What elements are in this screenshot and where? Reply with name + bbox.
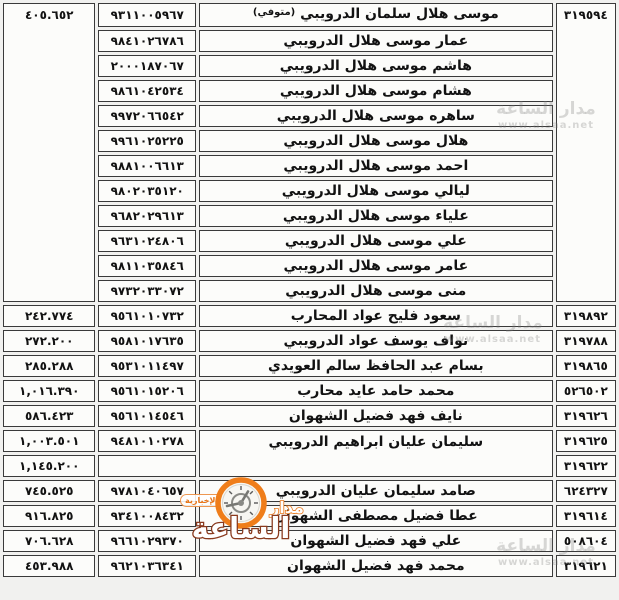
table-row: ٣١٩٨٦٥ بسام عبد الحافظ سالم العويدي ٩٥٣١…: [3, 355, 616, 377]
file-number-cell: ٣١٩٧٨٨: [556, 330, 616, 352]
national-id-cell: ٩٩٦١٠٢٥٢٢٥: [98, 130, 195, 152]
amount-cell: ١,٠١٦.٣٩٠: [3, 380, 95, 402]
national-id-cell: ٩٥٦١٠١٠٧٣٢: [98, 305, 195, 327]
file-number-cell: ٣١٩٥٩٤: [556, 3, 616, 302]
scanned-beneficiary-list: { "table": { "rows": [ { "serial": "٣١٩٥…: [0, 0, 619, 600]
amount-cell: ٥٨٦.٤٢٣: [3, 405, 95, 427]
name-cell: سعود فليح عواد المحارب: [199, 305, 553, 327]
name-cell: منى موسى هلال الدرويبي: [199, 280, 553, 302]
national-id-cell: ٩٦٦١٠٢٩٣٧٠: [98, 530, 195, 552]
table-row: ٣١٩٦٢١ محمد فهد فضيل الشهوان ٩٦٢١٠٣٦٣٤١ …: [3, 555, 616, 577]
national-id-cell: ٩٥٨١٠١٧٦٣٥: [98, 330, 195, 352]
name-cell: علي موسى هلال الدرويبي: [199, 230, 553, 252]
amount-cell: ٧٤٥.٥٢٥: [3, 480, 95, 502]
deceased-note: (متوفي): [253, 7, 295, 18]
name-cell: سليمان عليان ابراهيم الدرويبي: [199, 430, 553, 477]
name-cell: بسام عبد الحافظ سالم العويدي: [199, 355, 553, 377]
national-id-cell: ٩٨١١٠٣٥٨٤٦: [98, 255, 195, 277]
name-cell: هلال موسى هلال الدرويبي: [199, 130, 553, 152]
table-row: ٣١٩٦٢٥ سليمان عليان ابراهيم الدرويبي ٩٤٨…: [3, 430, 616, 452]
file-number-cell: ٣١٩٦٢١: [556, 555, 616, 577]
national-id-cell: [98, 455, 195, 477]
national-id-cell: ٩٣٤١٠٠٨٤٣٢: [98, 505, 195, 527]
name-cell: موسى هلال سلمان الدرويبي (متوفي): [199, 3, 553, 27]
national-id-cell: ٩٥٣١٠١١٤٩٧: [98, 355, 195, 377]
national-id-cell: ٢٠٠٠١٨٧٠٦٧: [98, 55, 195, 77]
amount-cell: ٩١٦.٨٢٥: [3, 505, 95, 527]
file-number-cell: ٣١٩٦٢٥: [556, 430, 616, 452]
national-id-cell: ٩٥٦١٠١٥٢٠٦: [98, 380, 195, 402]
file-number-cell: ٣١٩٦٢٦: [556, 405, 616, 427]
national-id-cell: ٩٨٠٢٠٣٥١٢٠: [98, 180, 195, 202]
amount-cell: ١,٠٠٣.٥٠١: [3, 430, 95, 452]
amount-cell: ٢٧٢.٢٠٠: [3, 330, 95, 352]
name-cell: نواف يوسف عواد الدرويبي: [199, 330, 553, 352]
file-number-cell: ٥٠٨٦٠٤: [556, 530, 616, 552]
name-cell: هشام موسى هلال الدرويبي: [199, 80, 553, 102]
national-id-cell: ٩٩٧٢٠٦٦٥٤٢: [98, 105, 195, 127]
name-cell: ساهره موسى هلال الدرويبي: [199, 105, 553, 127]
name-cell: عامر موسى هلال الدرويبي: [199, 255, 553, 277]
amount-cell: ٤٠٥.٦٥٢: [3, 3, 95, 302]
national-id-cell: ٩٣١١٠٠٥٩٦٧: [98, 3, 195, 27]
amount-cell: ٧٠٦.٦٢٨: [3, 530, 95, 552]
name-cell: علياء موسى هلال الدرويبي: [199, 205, 553, 227]
national-id-cell: ٩٨٤١٠٢٦٧٨٦: [98, 30, 195, 52]
amount-cell: ١,١٤٥.٢٠٠: [3, 455, 95, 477]
national-id-cell: ٩٤٨١٠١٠٢٧٨: [98, 430, 195, 452]
national-id-cell: ٩٦٣١٠٢٤٨٠٦: [98, 230, 195, 252]
national-id-cell: ٩٨٦١٠٤٢٥٣٤: [98, 80, 195, 102]
national-id-cell: ٩٧٣٢٠٣٣٠٧٢: [98, 280, 195, 302]
table-row: ٦٢٤٣٢٧ صامد سليمان عليان الدرويبي ٩٧٨١٠٤…: [3, 480, 616, 502]
beneficiaries-table: ٣١٩٥٩٤ موسى هلال سلمان الدرويبي (متوفي) …: [0, 0, 619, 580]
national-id-cell: ٩٧٨١٠٤٠٦٥٧: [98, 480, 195, 502]
table-row: ٥٢٦٥٠٢ محمد حامد عايد محارب ٩٥٦١٠١٥٢٠٦ ١…: [3, 380, 616, 402]
national-id-cell: ٩٥٦١٠١٤٥٤٦: [98, 405, 195, 427]
table-row: ٣١٩٥٩٤ موسى هلال سلمان الدرويبي (متوفي) …: [3, 3, 616, 27]
national-id-cell: ٩٦٢١٠٣٦٣٤١: [98, 555, 195, 577]
table-row: ٥٠٨٦٠٤ علي فهد فضيل الشهوان ٩٦٦١٠٢٩٣٧٠ ٧…: [3, 530, 616, 552]
name-cell: علي فهد فضيل الشهوان: [199, 530, 553, 552]
amount-cell: ٢٤٢.٧٧٤: [3, 305, 95, 327]
table-row: ٣١٩٧٨٨ نواف يوسف عواد الدرويبي ٩٥٨١٠١٧٦٣…: [3, 330, 616, 352]
name-cell: احمد موسى هلال الدرويبي: [199, 155, 553, 177]
table-row: ٣١٩٦١٤ عطا فضيل مصطفى الشهوان ٩٣٤١٠٠٨٤٣٢…: [3, 505, 616, 527]
name-cell: محمد فهد فضيل الشهوان: [199, 555, 553, 577]
name-cell: ليالي موسى هلال الدرويبي: [199, 180, 553, 202]
amount-cell: ٢٨٥.٢٨٨: [3, 355, 95, 377]
table-row: ٣١٩٦٢٦ نايف فهد فضيل الشهوان ٩٥٦١٠١٤٥٤٦ …: [3, 405, 616, 427]
file-number-cell: ٣١٩٨٩٢: [556, 305, 616, 327]
file-number-cell: ٣١٩٦٢٢: [556, 455, 616, 477]
national-id-cell: ٩٦٨٢٠٢٩٦١٣: [98, 205, 195, 227]
amount-cell: ٤٥٣.٩٨٨: [3, 555, 95, 577]
file-number-cell: ٣١٩٨٦٥: [556, 355, 616, 377]
file-number-cell: ٥٢٦٥٠٢: [556, 380, 616, 402]
name-cell: عمار موسى هلال الدرويبي: [199, 30, 553, 52]
name-cell: عطا فضيل مصطفى الشهوان: [199, 505, 553, 527]
name-cell: نايف فهد فضيل الشهوان: [199, 405, 553, 427]
file-number-cell: ٦٢٤٣٢٧: [556, 480, 616, 502]
name-cell: محمد حامد عايد محارب: [199, 380, 553, 402]
national-id-cell: ٩٨٨١٠٠٦٦١٣: [98, 155, 195, 177]
file-number-cell: ٣١٩٦١٤: [556, 505, 616, 527]
name-cell: هاشم موسى هلال الدرويبي: [199, 55, 553, 77]
table-row: ٣١٩٨٩٢ سعود فليح عواد المحارب ٩٥٦١٠١٠٧٣٢…: [3, 305, 616, 327]
person-name: موسى هلال سلمان الدرويبي: [300, 6, 499, 22]
name-cell: صامد سليمان عليان الدرويبي: [199, 480, 553, 502]
